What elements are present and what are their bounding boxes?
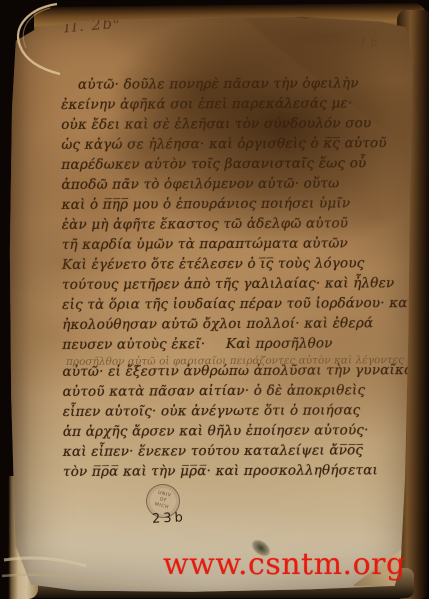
- text-line: αὐτῶ· δοῦλε πονηρὲ πᾶσαν τὴν ὀφειλὴν: [61, 73, 401, 95]
- text-line: παρέδωκεν αὐτὸν τοῖς βασανισταῖς ἕως οὗ: [61, 153, 401, 175]
- text-line: καὶ εἶπεν· ἕνεκεν τούτου καταλείψει ἄν̅ο…: [63, 440, 403, 462]
- text-line: τὸν π̅ρ̅α̅ καὶ τὴν μ̅ρ̅α̅· καὶ προσκολλη…: [63, 460, 403, 482]
- watermark-url: www.csntm.org: [163, 547, 406, 582]
- manuscript-page: II. 2bᵃ 1 b αὐτῶ· δοῦλε πονηρὲ πᾶσαν τὴν…: [0, 0, 429, 599]
- text-line: ἐὰν μὴ ἀφῆτε ἕκαστος τῶ ἀδελφῶ αὐτοῦ: [62, 213, 402, 235]
- folio-number-top-right: 1 b: [360, 36, 378, 50]
- text-line: ἀποδῶ πᾶν τὸ ὀφειλόμενον αὐτῶ· οὕτω: [61, 173, 401, 195]
- folio-number-bottom: 23b: [152, 510, 187, 527]
- text-line: πευσεν αὐτοὺς ἐκεῖ· Καὶ προσῆλθον: [62, 333, 402, 355]
- text-line: ἠκολούθησαν αὐτῶ ὄχλοι πολλοί· καὶ ἐθερά: [62, 313, 402, 335]
- stamp-line: MICH: [154, 502, 169, 511]
- text-line: ὡς κἀγώ σε ἠλέησα· καὶ ὀργισθεὶς ὁ κ̅ς̅ …: [61, 133, 401, 155]
- text-line: εἰς τὰ ὅρια τῆς ἰουδαίας πέραν τοῦ ἰορδά…: [62, 293, 402, 315]
- text-block: αὐτῶ· δοῦλε πονηρὲ πᾶσαν τὴν ὀφειλὴνἐκεί…: [61, 73, 403, 482]
- text-line: ἐκείνην ἀφῆκά σοι ἐπεὶ παρεκάλεσάς με·: [61, 93, 401, 115]
- text-line: οὐκ ἔδει καὶ σὲ ἐλεῆσαι τὸν σύνδουλόν σο…: [61, 113, 401, 135]
- text-line: αὐτοῦ κατὰ πᾶσαν αἰτίαν· ὁ δὲ ἀποκριθεὶς: [63, 380, 403, 402]
- manuscript-photo: II. 2bᵃ 1 b αὐτῶ· δοῦλε πονηρὲ πᾶσαν τὴν…: [0, 0, 429, 599]
- text-line: ἀπ ἀρχῆς ἄρσεν καὶ θῆλυ ἐποίησεν αὐτούς·: [63, 420, 403, 442]
- interlinear-addition: προσῆλθον αὐτῶ οἱ φαρισαῖοι πειράζοντες …: [66, 354, 411, 368]
- text-line: εἶπεν αὐτοῖς· οὐκ ἀνέγνωτε ὅτι ὁ ποιήσας: [63, 400, 403, 422]
- text-line: τῆ καρδία ὑμῶν τὰ παραπτώματα αὐτῶν: [62, 233, 402, 255]
- text-line: Καὶ ἐγένετο ὅτε ἐτέλεσεν ὁ ι̅ς̅ τοὺς λόγ…: [62, 253, 402, 275]
- text-line: καὶ ὁ π̅η̅ρ̅ μου ὁ ἐπουράνιος ποιήσει ὑμ…: [62, 193, 402, 215]
- text-line: τούτους μετῆρεν ἀπὸ τῆς γαλιλαίας· καὶ ἦ…: [62, 273, 402, 295]
